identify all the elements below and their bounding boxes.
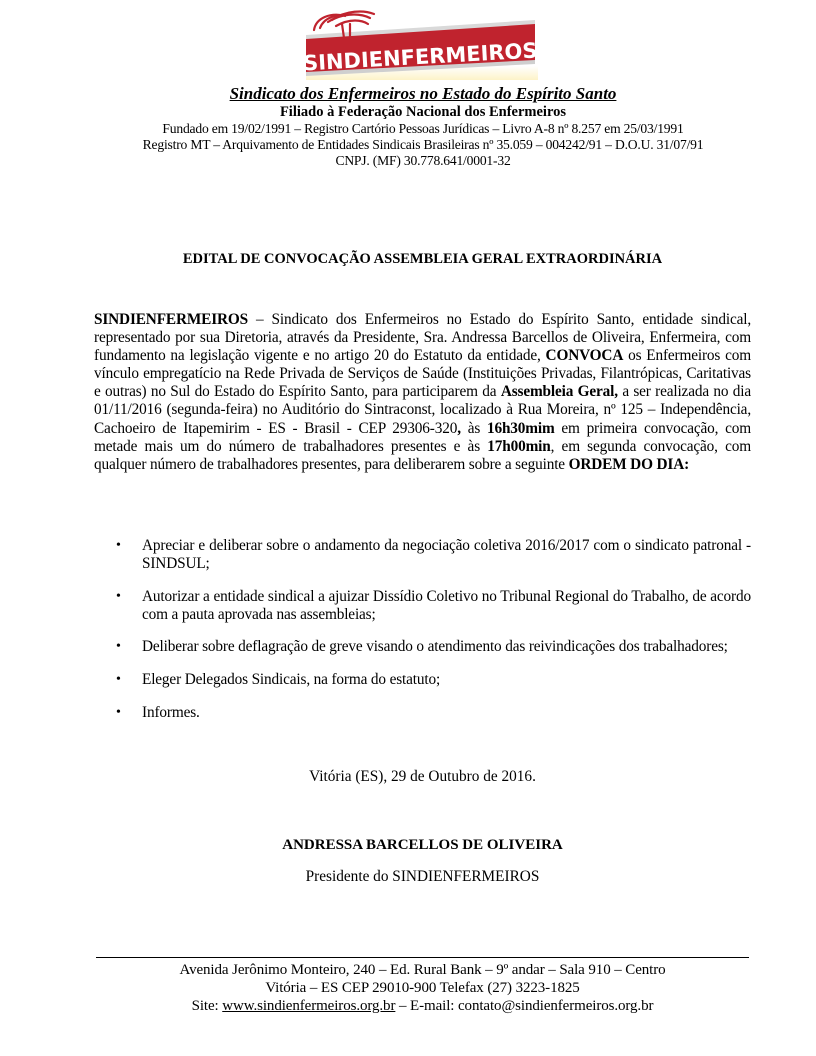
assembly-keyword: Assembleia Geral, — [501, 383, 618, 400]
bullet-icon: • — [116, 671, 121, 689]
agenda-heading: ORDEM DO DIA: — [569, 456, 689, 473]
agenda-text: Informes. — [142, 704, 200, 721]
footer-divider — [96, 957, 749, 958]
convocation-paragraph: SINDIENFERMEIROS – Sindicato dos Enferme… — [94, 311, 751, 474]
affiliation: Filiado à Federação Nacional dos Enferme… — [0, 104, 816, 121]
bullet-icon: • — [116, 537, 121, 555]
agenda-text: Autorizar a entidade sindical a ajuizar … — [142, 588, 751, 623]
agenda-item: •Eleger Delegados Sindicais, na forma do… — [94, 671, 751, 689]
bullet-icon: • — [116, 638, 121, 656]
footer-address: Avenida Jerônimo Monteiro, 240 – Ed. Rur… — [94, 961, 751, 979]
agenda-list: •Apreciar e deliberar sobre o andamento … — [94, 537, 751, 736]
agenda-text: Deliberar sobre deflagração de greve vis… — [142, 638, 728, 655]
sindienfermeiros-logo: SINDIENFERMEIROS — [306, 8, 538, 80]
organization-name: Sindicato dos Enfermeiros no Estado do E… — [0, 84, 816, 104]
logo-graphic: SINDIENFERMEIROS — [306, 8, 538, 80]
union-name: SINDIENFERMEIROS — [94, 311, 248, 328]
second-call-time: 17h00min — [487, 438, 550, 455]
footer-contact: Site: www.sindienfermeiros.org.br – E-ma… — [94, 997, 751, 1015]
document-title: EDITAL DE CONVOCAÇÃO ASSEMBLEIA GERAL EX… — [94, 250, 751, 268]
footer: Avenida Jerônimo Monteiro, 240 – Ed. Rur… — [94, 961, 751, 1015]
footer-city-phone: Vitória – ES CEP 29010-900 Telefax (27) … — [94, 979, 751, 997]
agenda-item: •Apreciar e deliberar sobre o andamento … — [94, 537, 751, 573]
body-text: às — [461, 420, 487, 437]
agenda-item: •Autorizar a entidade sindical a ajuizar… — [94, 588, 751, 624]
cnpj: CNPJ. (MF) 30.778.641/0001-32 — [0, 153, 816, 169]
bullet-icon: • — [116, 704, 121, 722]
site-label: Site: — [192, 998, 223, 1014]
signatory-name: ANDRESSA BARCELLOS DE OLIVEIRA — [94, 836, 751, 854]
letterhead: Sindicato dos Enfermeiros no Estado do E… — [0, 84, 816, 169]
founding-registry: Fundado em 19/02/1991 – Registro Cartóri… — [0, 121, 816, 137]
agenda-item: •Deliberar sobre deflagração de greve vi… — [94, 638, 751, 656]
email-text: – E-mail: contato@sindienfermeiros.org.b… — [395, 998, 653, 1014]
bullet-icon: • — [116, 588, 121, 606]
agenda-text: Apreciar e deliberar sobre o andamento d… — [142, 537, 751, 572]
first-call-time: 16h30mim — [487, 420, 555, 437]
agenda-item: •Informes. — [94, 704, 751, 722]
convoca-keyword: CONVOCA — [546, 347, 624, 364]
mt-registry: Registro MT – Arquivamento de Entidades … — [0, 137, 816, 153]
website-link[interactable]: www.sindienfermeiros.org.br — [222, 998, 395, 1014]
signatory-role: Presidente do SINDIENFERMEIROS — [94, 868, 751, 886]
agenda-text: Eleger Delegados Sindicais, na forma do … — [142, 671, 440, 688]
date-line: Vitória (ES), 29 de Outubro de 2016. — [94, 768, 751, 786]
